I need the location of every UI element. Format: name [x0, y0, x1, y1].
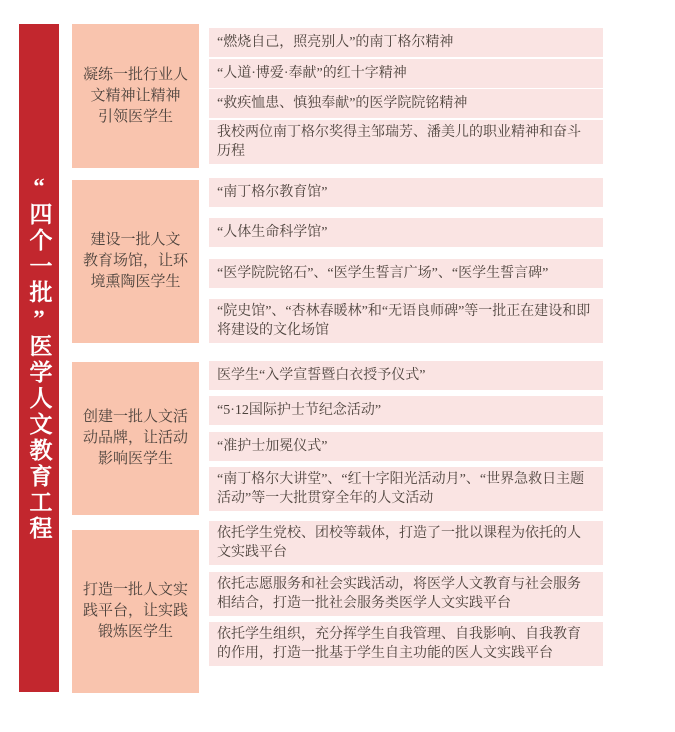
item-box: “救疾恤患、慎独奉献”的医学院院铭精神	[209, 89, 603, 118]
item-box: “人体生命科学馆”	[209, 218, 603, 247]
category-box: 建设一批人文 教育场馆，让环 境熏陶医学生	[72, 180, 199, 343]
item-box: “5·12国际护士节纪念活动”	[209, 396, 603, 425]
category-box: 打造一批人文实 践平台，让实践 锻炼医学生	[72, 530, 199, 693]
item-box: “燃烧自己，照亮别人”的南丁格尔精神	[209, 28, 603, 57]
items-group: “燃烧自己，照亮别人”的南丁格尔精神“人道·博爱·奉献”的红十字精神“救疾恤患、…	[209, 28, 603, 164]
items-group: “南丁格尔教育馆”“人体生命科学馆”“医学院院铭石”、“医学生誓言广场”、“医学…	[209, 178, 603, 343]
item-box: “准护士加冕仪式”	[209, 432, 603, 461]
item-box: 依托志愿服务和社会实践活动，将医学人文教育与社会服务相结合，打造一批社会服务类医…	[209, 572, 603, 616]
item-box: 我校两位南丁格尔奖得主邹瑞芳、潘美儿的职业精神和奋斗历程	[209, 120, 603, 164]
item-box: “院史馆”、“杏林春暖林”和“无语良师碑”等一批正在建设和即将建设的文化场馆	[209, 299, 603, 343]
item-box: “人道·博爱·奉献”的红十字精神	[209, 59, 603, 88]
figure-canvas: “四个一批”医学人文教育工程 凝练一批行业人 文精神让精神 引领医学生“燃烧自己…	[0, 0, 675, 732]
category-box: 创建一批人文活 动品牌，让活动 影响医学生	[72, 362, 199, 515]
item-box: 依托学生组织，充分挥学生自我管理、自我影响、自我教育的作用，打造一批基于学生自主…	[209, 622, 603, 666]
items-group: 依托学生党校、团校等载体，打造了一批以课程为依托的人文实践平台依托志愿服务和社会…	[209, 521, 603, 666]
vertical-title-banner: “四个一批”医学人文教育工程	[19, 24, 59, 692]
category-box: 凝练一批行业人 文精神让精神 引领医学生	[72, 24, 199, 168]
items-group: 医学生“入学宣誓暨白衣授予仪式”“5·12国际护士节纪念活动”“准护士加冕仪式”…	[209, 361, 603, 511]
item-box: “南丁格尔教育馆”	[209, 178, 603, 207]
item-box: 依托学生党校、团校等载体，打造了一批以课程为依托的人文实践平台	[209, 521, 603, 565]
item-box: “医学院院铭石”、“医学生誓言广场”、“医学生誓言碑”	[209, 259, 603, 288]
item-box: “南丁格尔大讲堂”、“红十字阳光活动月”、“世界急救日主题活动”等一大批贯穿全年…	[209, 467, 603, 511]
item-box: 医学生“入学宣誓暨白衣授予仪式”	[209, 361, 603, 390]
